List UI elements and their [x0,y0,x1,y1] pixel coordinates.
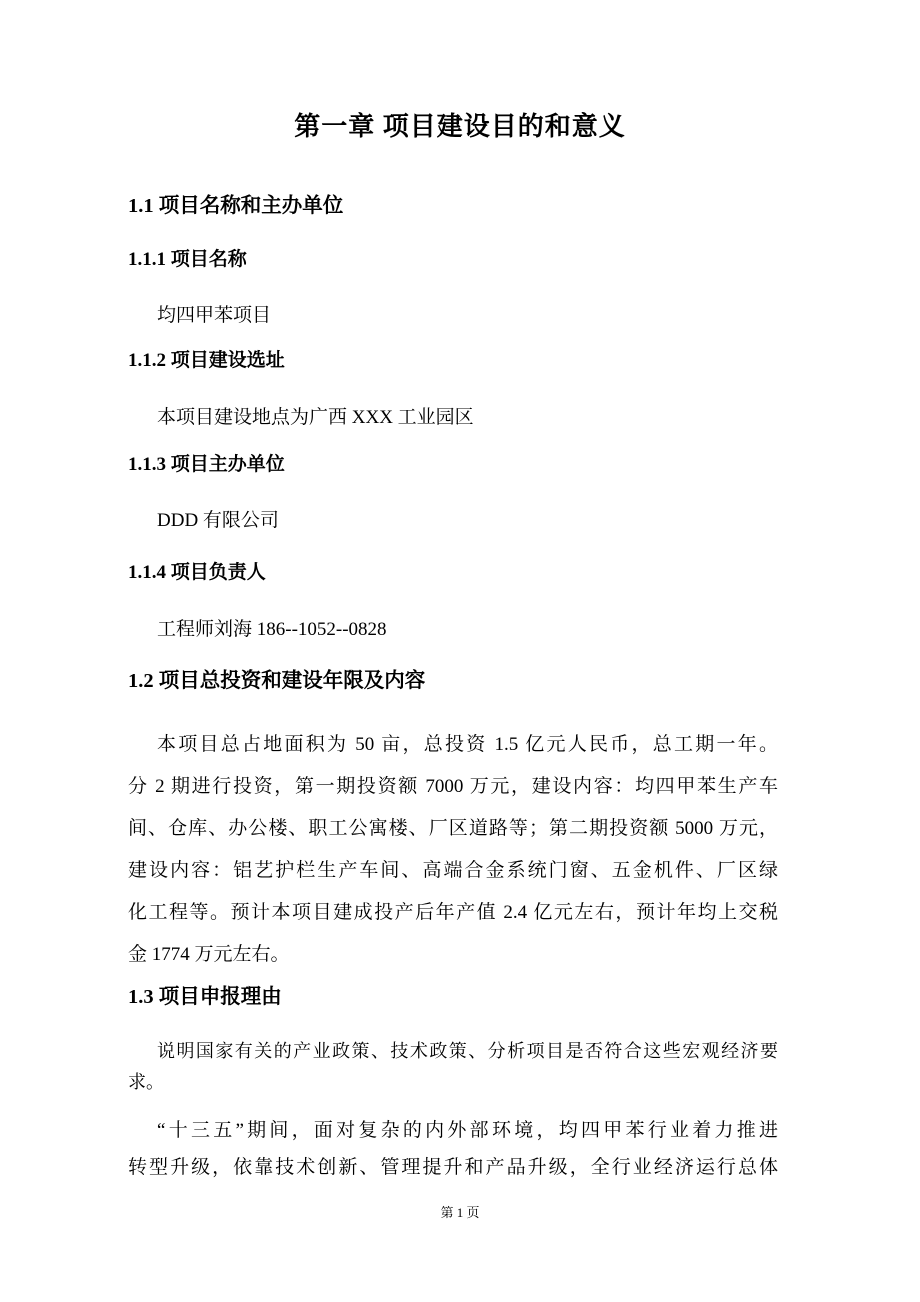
heading-1-1-3: 1.1.3 项目主办单位 [128,454,788,477]
paragraph-line: 建设内容：铝艺护栏生产车间、高端合金系统门窗、五金机件、厂区绿 [128,850,778,892]
heading-1-1: 1.1 项目名称和主办单位 [128,194,788,219]
project-name-text: 均四甲苯项目 [128,305,788,328]
host-company-text: DDD 有限公司 [128,510,788,533]
paragraph-line: 转型升级，依靠技术创新、管理提升和产品升级，全行业经济运行总体 [128,1149,778,1186]
industry-paragraph: “十三五”期间，面对复杂的内外部环境，均四甲苯行业着力推进 转型升级，依靠技术创… [128,1112,778,1186]
paragraph-line: 本项目总占地面积为 50 亩，总投资 1.5 亿元人民币，总工期一年。 [128,724,778,766]
page-number: 第 1 页 [0,1202,920,1221]
policy-paragraph: 说明国家有关的产业政策、技术政策、分析项目是否符合这些宏观经济要 求。 [128,1036,778,1098]
investment-paragraph: 本项目总占地面积为 50 亩，总投资 1.5 亿元人民币，总工期一年。 分 2 … [128,724,778,976]
heading-1-1-2: 1.1.2 项目建设选址 [128,350,788,373]
heading-1-2: 1.2 项目总投资和建设年限及内容 [128,669,788,694]
paragraph-line: 化工程等。预计本项目建成投产后年产值 2.4 亿元左右，预计年均上交税 [128,892,778,934]
paragraph-line: “十三五”期间，面对复杂的内外部环境，均四甲苯行业着力推进 [128,1112,778,1149]
project-location-text: 本项目建设地点为广西 XXX 工业园区 [128,407,788,430]
paragraph-line: 间、仓库、办公楼、职工公寓楼、厂区道路等；第二期投资额 5000 万元， [128,808,778,850]
chapter-title: 第一章 项目建设目的和意义 [0,106,920,143]
project-leader-text: 工程师刘海 186--1052--0828 [128,619,788,642]
paragraph-line: 分 2 期进行投资，第一期投资额 7000 万元，建设内容：均四甲苯生产车 [128,766,778,808]
heading-1-1-4: 1.1.4 项目负责人 [128,562,788,585]
heading-1-1-1: 1.1.1 项目名称 [128,249,788,272]
paragraph-line: 求。 [128,1067,778,1098]
paragraph-line: 说明国家有关的产业政策、技术政策、分析项目是否符合这些宏观经济要 [128,1036,778,1067]
paragraph-line: 金 1774 万元左右。 [128,934,778,976]
heading-1-3: 1.3 项目申报理由 [128,985,788,1010]
document-page: 第一章 项目建设目的和意义 1.1 项目名称和主办单位 1.1.1 项目名称 均… [0,0,920,1302]
